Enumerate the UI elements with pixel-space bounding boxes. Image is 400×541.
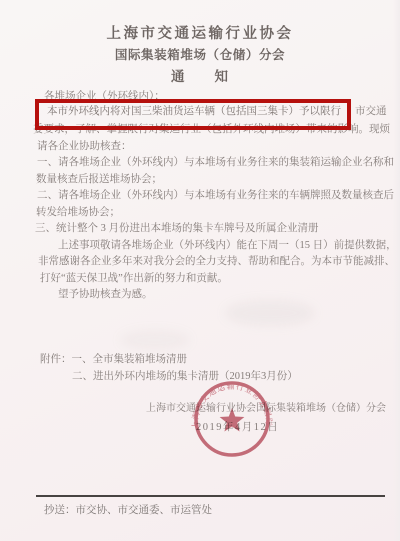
body-line: 数量核查后报送堆场协会； <box>36 174 162 187</box>
body-line-item-3: 三、统计整个 3 月份进出本堆场的集卡车牌号及所属企业清册 <box>35 223 319 236</box>
body-line: 非常感谢各企业多年来对我分会的全力支持、帮助和配合。为本市节能减排、 <box>38 256 395 269</box>
body-line: 打好“蓝天保卫战”作出新的努力和贡献。 <box>40 273 228 286</box>
scanned-notice-page: 上海市交通运输行业协会 国际集装箱堆场（仓储）分会 通 知 各堆场企业（外环线内… <box>0 0 400 541</box>
official-seal: 上海市交通运输行业协会国际集装箱堆场 <box>187 374 277 464</box>
body-line: 请各企业协助核查： <box>37 141 132 154</box>
paper-smudge <box>120 330 190 350</box>
red-highlight-box <box>35 99 351 130</box>
highlight-tail-text: 市交通 <box>355 106 387 119</box>
footer-divider-line <box>36 495 385 497</box>
notice-title: 通 知 <box>0 69 400 85</box>
org-title-line-1: 上海市交通运输行业协会 <box>0 26 400 43</box>
body-line-item-1: 一、请各堆场企业（外环线内）与本堆场有业务往来的集装箱运输企业名称和 <box>37 157 394 170</box>
screenshot-stage: 上海市交通运输行业协会 国际集装箱堆场（仓储）分会 通 知 各堆场企业（外环线内… <box>0 0 400 541</box>
org-title-line-2: 国际集装箱堆场（仓储）分会 <box>0 48 400 63</box>
seal-star-icon <box>220 408 245 432</box>
cc-line: 抄送：市交协、市交通委、市运管处 <box>44 505 212 518</box>
body-line-item-2: 二、请各堆场企业（外环线内）与本堆场有业务往来的车辆牌照及数量核查后 <box>37 190 394 203</box>
body-line: 上述事项敬请各堆场企业（外环线内）能在下周一（15 日）前提供数据， <box>58 240 397 253</box>
body-line: 望予协助核查为感。 <box>58 289 153 302</box>
attachment-line-1: 附件：一、全市集装箱堆场清册 <box>40 354 187 367</box>
paper-smudge <box>225 300 315 326</box>
body-line: 转发给堆场协会； <box>36 207 120 220</box>
